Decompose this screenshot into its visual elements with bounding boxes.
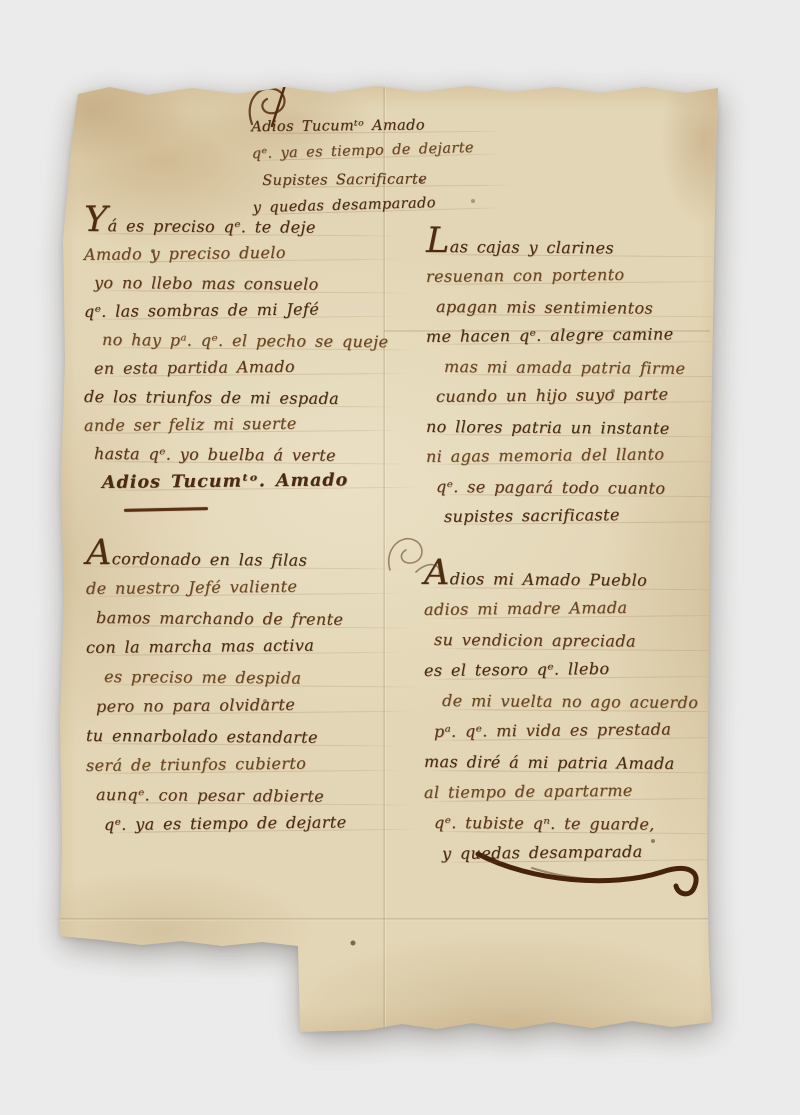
stanza-right-1: Las cajas y clarinesresuenan con portent…: [426, 232, 722, 532]
poem-line: con la marcha mas activa: [86, 629, 398, 662]
poem-line: será de triunfos cubierto: [86, 747, 398, 780]
poem-line: adios mi madre Amada: [424, 591, 720, 625]
manuscript-paper: Adios Tucumᵗᵒ Amadoqᵉ. ya es tiempo de d…: [52, 80, 724, 1045]
poem-line: ni agas memoria del llanto: [426, 439, 722, 472]
poem-line: cuando un hijo suyo parte: [436, 379, 732, 412]
horizontal-fold-crease-lower: [58, 918, 710, 921]
poem-line: ande ser feliz mi suerte: [84, 408, 396, 440]
poem-line: de nuestro Jefé valiente: [86, 570, 398, 603]
photo-backdrop: Adios Tucumᵗᵒ Amadoqᵉ. ya es tiempo de d…: [0, 0, 800, 1115]
poem-line: supistes sacrificaste: [444, 499, 740, 532]
poem-line: qᵉ. las sombras de mi Jefé: [84, 294, 396, 326]
poem-title: Adios Tucumᵗᵒ Amadoqᵉ. ya es tiempo de d…: [251, 110, 503, 222]
poem-line: qᵉ. ya es tiempo de dejarte: [104, 806, 416, 839]
poem-line: es el tesoro qᵉ. llebo: [424, 652, 720, 686]
poem-line: resuenan con portento: [426, 259, 722, 292]
stanza-divider-rule: [124, 507, 208, 512]
stanza-left-2: Acordonado en las filasde nuestro Jefé v…: [86, 544, 398, 839]
poem-line: qᵉ. ya es tiempo de dejarte: [251, 134, 502, 168]
stanza-right-2: Adios mi Amado Puebloadios mi madre Amad…: [424, 564, 720, 869]
ink-specks: [52, 80, 54, 82]
poem-line: pero no para olvidarte: [96, 688, 408, 721]
poem-line: Adios Tucumᵗᵒ. Amado: [102, 465, 414, 497]
poem-line: en esta partida Amado: [94, 351, 406, 383]
poem-line: Amado y preciso duelo: [84, 237, 396, 269]
poem-line: al tiempo de apartarme: [424, 774, 720, 808]
poem-line: pᵃ. qᵉ. mi vida es prestada: [434, 713, 730, 747]
stanza-left-1: Yá es preciso qᵉ. te dejeAmado y preciso…: [84, 212, 396, 497]
manuscript-paper-shadow: Adios Tucumᵗᵒ Amadoqᵉ. ya es tiempo de d…: [52, 80, 724, 1045]
poem-line: me hacen qᵉ. alegre camine: [426, 319, 722, 352]
poem-line: y quedas desamparada: [442, 835, 738, 869]
